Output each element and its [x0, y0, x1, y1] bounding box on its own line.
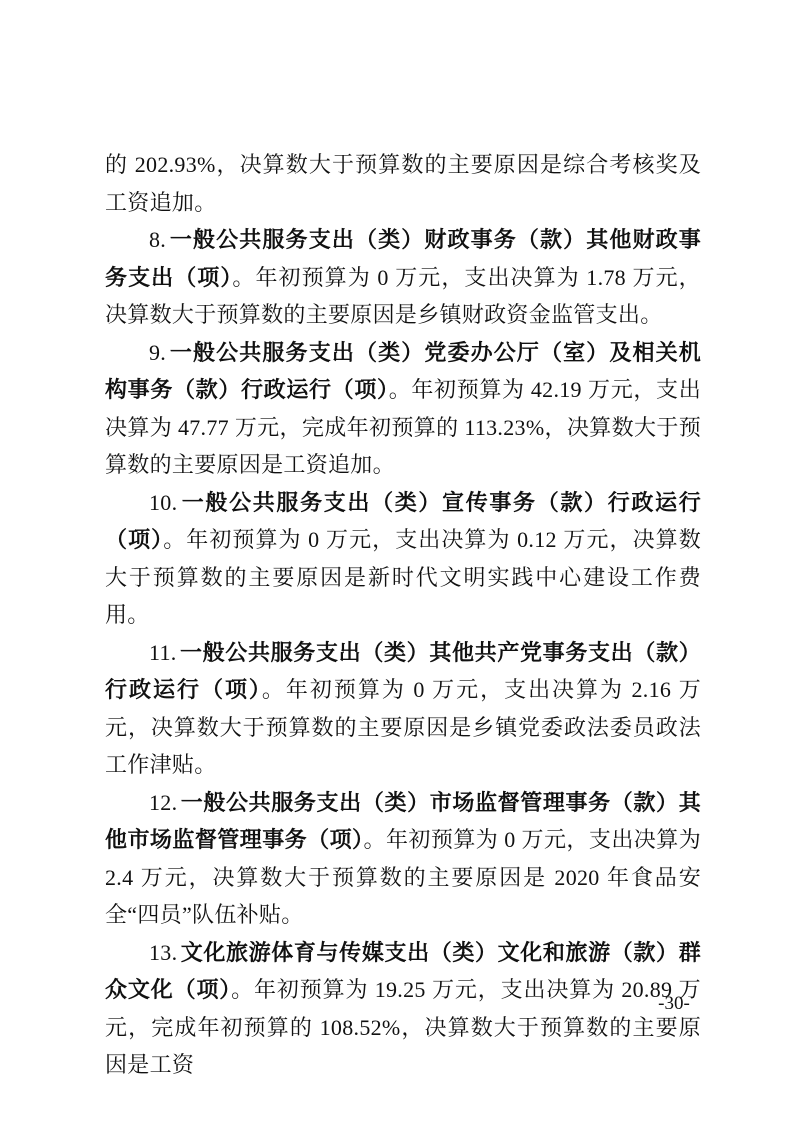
document-body: 的 202.93%，决算数大于预算数的主要原因是综合考核奖及工资追加。8.一般公…	[105, 146, 701, 1084]
paragraph: 10.一般公共服务支出（类）宣传事务（款）行政运行（项）。年初预算为 0 万元，…	[105, 484, 701, 634]
paragraph-body: 的 202.93%，决算数大于预算数的主要原因是综合考核奖及工资追加。	[105, 152, 701, 215]
paragraph-number: 13.	[149, 940, 177, 965]
paragraph: 9.一般公共服务支出（类）党委办公厅（室）及相关机构事务（款）行政运行（项）。年…	[105, 334, 701, 484]
paragraph: 的 202.93%，决算数大于预算数的主要原因是综合考核奖及工资追加。	[105, 146, 701, 221]
paragraph-number: 8.	[149, 227, 166, 252]
paragraph-number: 9.	[149, 340, 166, 365]
paragraph-body: 。年初预算为 0 万元，支出决算为 0.12 万元，决算数大于预算数的主要原因是…	[105, 527, 701, 627]
paragraph-number: 11.	[149, 640, 177, 665]
document-page: 的 202.93%，决算数大于预算数的主要原因是综合考核奖及工资追加。8.一般公…	[0, 0, 793, 1122]
paragraph: 12.一般公共服务支出（类）市场监督管理事务（款）其他市场监督管理事务（项）。年…	[105, 784, 701, 934]
paragraph: 13.文化旅游体育与传媒支出（类）文化和旅游（款）群众文化（项）。年初预算为 1…	[105, 934, 701, 1084]
paragraph-number: 10.	[149, 490, 177, 515]
paragraph: 8.一般公共服务支出（类）财政事务（款）其他财政事务支出（项）。年初预算为 0 …	[105, 221, 701, 334]
paragraph: 11.一般公共服务支出（类）其他共产党事务支出（款）行政运行（项）。年初预算为 …	[105, 634, 701, 784]
page-number: -30-	[628, 992, 720, 1016]
paragraph-number: 12.	[149, 790, 177, 815]
